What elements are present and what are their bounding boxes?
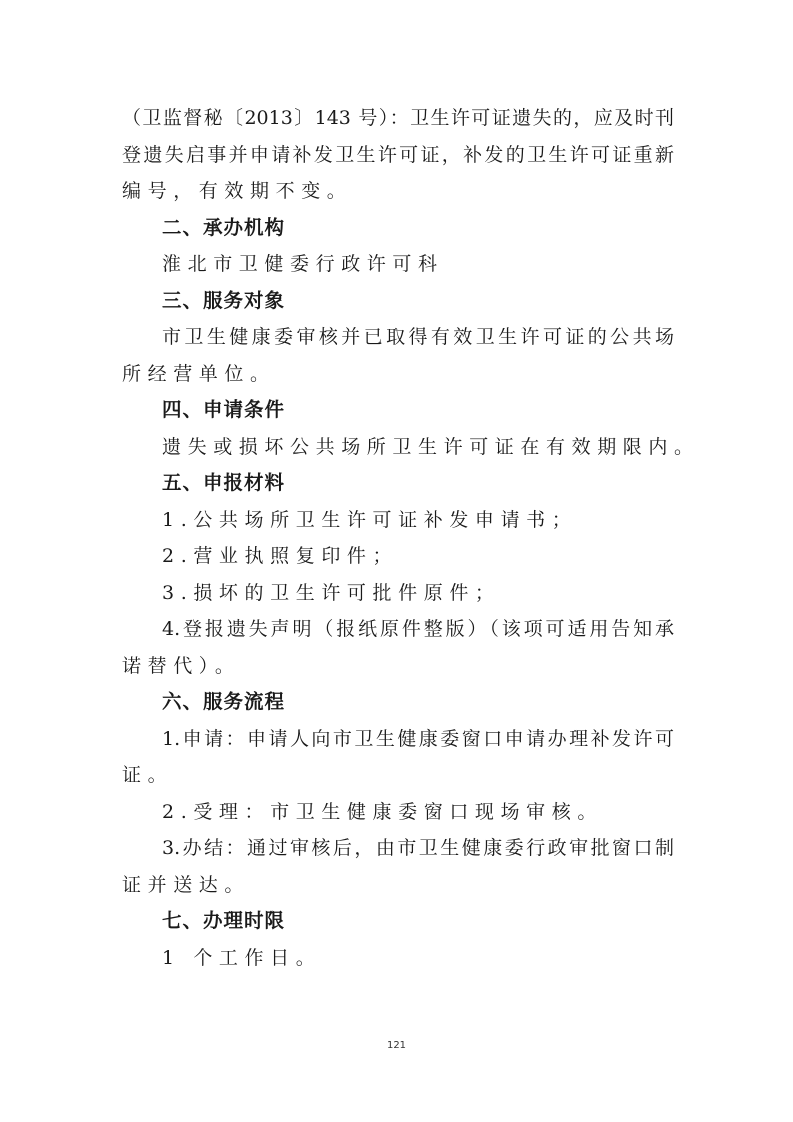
paragraph-line: 登遗失启事并申请补发卫生许可证，补发的卫生许可证重新 — [122, 137, 674, 174]
section-heading-agency: 二、承办机构 — [122, 210, 674, 247]
paragraph-line: 所经营单位。 — [122, 356, 674, 393]
section-heading-conditions: 四、申请条件 — [122, 392, 674, 429]
paragraph-line: 遗失或损坏公共场所卫生许可证在有效期限内。 — [122, 429, 674, 466]
paragraph-line: 编号，有效期不变。 — [122, 173, 674, 210]
list-item: 4.登报遗失声明（报纸原件整版）（该项可适用告知承 — [122, 611, 674, 648]
section-heading-time-limit: 七、办理时限 — [122, 903, 674, 940]
list-item-continuation: 证。 — [122, 757, 674, 794]
document-page: （卫监督秘〔2013〕143 号）：卫生许可证遗失的，应及时刊 登遗失启事并申请… — [122, 100, 674, 976]
section-heading-process: 六、服务流程 — [122, 684, 674, 721]
list-item: 3.损坏的卫生许可批件原件； — [122, 575, 674, 612]
paragraph-line: （卫监督秘〔2013〕143 号）：卫生许可证遗失的，应及时刊 — [122, 100, 674, 137]
paragraph-line: 市卫生健康委审核并已取得有效卫生许可证的公共场 — [122, 319, 674, 356]
page-number: 121 — [0, 1040, 793, 1051]
list-item-continuation: 证并送达。 — [122, 867, 674, 904]
list-item-continuation: 诺替代）。 — [122, 648, 674, 685]
list-item: 2.受理：市卫生健康委窗口现场审核。 — [122, 794, 674, 831]
paragraph-line: 1 个工作日。 — [122, 940, 674, 977]
list-item: 1.公共场所卫生许可证补发申请书； — [122, 502, 674, 539]
list-item: 2.营业执照复印件； — [122, 538, 674, 575]
list-item: 1.申请：申请人向市卫生健康委窗口申请办理补发许可 — [122, 721, 674, 758]
paragraph-line: 淮北市卫健委行政许可科 — [122, 246, 674, 283]
section-heading-service-target: 三、服务对象 — [122, 283, 674, 320]
section-heading-materials: 五、申报材料 — [122, 465, 674, 502]
list-item: 3.办结：通过审核后，由市卫生健康委行政审批窗口制 — [122, 830, 674, 867]
